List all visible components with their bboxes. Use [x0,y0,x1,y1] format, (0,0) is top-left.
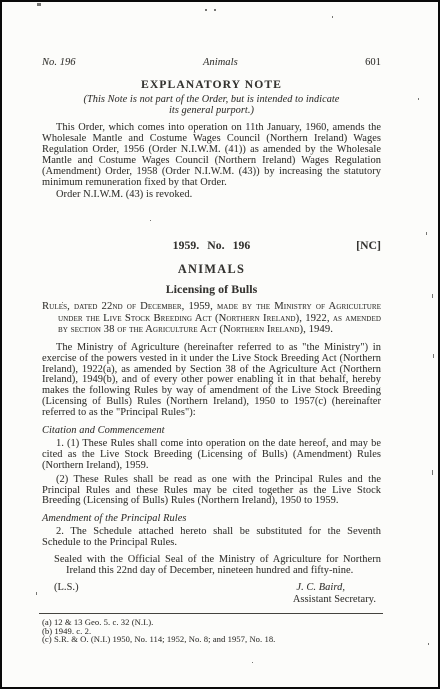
seal-mark: (L.S.) [54,583,79,606]
signature-name: J. C. Baird, [293,583,381,594]
footnote-c: (c) S.R. & O. (N.I.) 1950, No. 114; 1952… [42,635,381,644]
rule-1-1: 1. (1) These Rules shall come into opera… [42,439,381,472]
document-page: No. 196 Animals 601 EXPLANATORY NOTE (Th… [0,0,440,689]
instrument-number: 1959. No. 196 [173,239,251,252]
explanatory-note-heading: EXPLANATORY NOTE [42,80,381,91]
explanatory-paragraph: This Order, which comes into operation o… [42,123,381,188]
recital-paragraph: The Ministry of Agriculture (hereinafter… [42,343,381,419]
footnote-a: (a) 12 & 13 Geo. 5. c. 32 (N.I.). [42,618,381,627]
instrument-number-line: 1959. No. 196 [NC] [42,241,381,252]
signature-block: J. C. Baird, Assistant Secretary. [293,583,381,606]
citation-heading: Citation and Commencement [42,426,381,437]
running-header: No. 196 Animals 601 [42,58,381,69]
explanatory-note-subtitle: (This Note is not part of the Order, but… [81,95,343,117]
amendment-heading: Amendment of the Principal Rules [42,514,381,525]
signature-title: Assistant Secretary. [293,595,381,606]
classification-tag: [NC] [356,241,381,252]
running-head-title: Animals [203,58,238,69]
footnote-divider [39,613,383,614]
rule-1-2: (2) These Rules shall be read as one wit… [42,475,381,508]
page-number: 601 [365,58,381,69]
sealing-clause: Sealed with the Official Seal of the Min… [42,555,381,577]
revocation-paragraph: Order N.I.W.M. (43) is revoked. [42,190,381,201]
signature-row: (L.S.) J. C. Baird, Assistant Secretary. [42,583,381,606]
rule-2: 2. The Schedule attached hereto shall be… [42,527,381,549]
subject-heading: ANIMALS [42,264,381,275]
instrument-title: Licensing of Bulls [42,284,381,295]
running-head-number: No. 196 [42,58,76,69]
footnotes: (a) 12 & 13 Geo. 5. c. 32 (N.I.). (b) 19… [42,618,381,644]
preamble: Rules, dated 22nd of December, 1959, mad… [42,301,381,335]
